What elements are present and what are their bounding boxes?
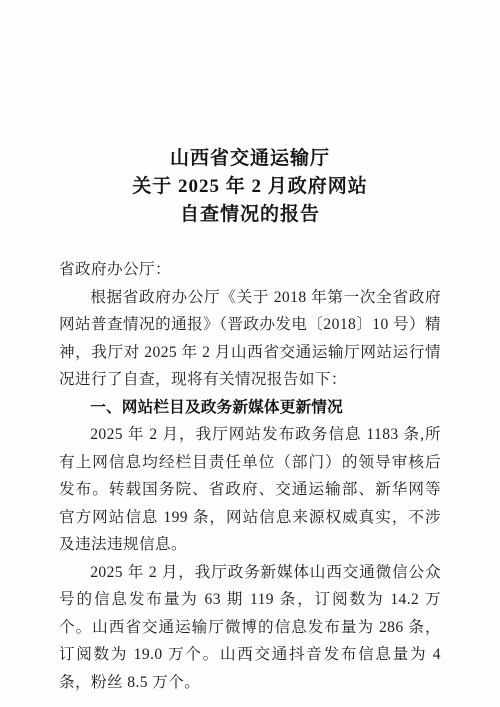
- title-line-3: 自查情况的报告: [0, 201, 500, 229]
- section-heading-1: 一、网站栏目及政务新媒体更新情况: [59, 394, 441, 422]
- title-line-2: 关于 2025 年 2 月政府网站: [0, 173, 500, 201]
- paragraph-basis: 根据省政府办公厅《关于 2018 年第一次全省政府网站普查情况的通报》（晋政办发…: [59, 284, 441, 394]
- page-number: 1: [0, 652, 500, 664]
- paragraph-new-media: 2025 年 2 月，我厅政务新媒体山西交通微信公众号的信息发布量为 63 期 …: [59, 559, 441, 697]
- paragraph-website-updates: 2025 年 2 月，我厅网站发布政务信息 1183 条,所有上网信息均经栏目责…: [59, 421, 441, 559]
- salutation: 省政府办公厅：: [59, 256, 441, 284]
- document-title: 山西省交通运输厅 关于 2025 年 2 月政府网站 自查情况的报告: [0, 145, 500, 229]
- title-line-1: 山西省交通运输厅: [0, 145, 500, 173]
- document-body: 省政府办公厅： 根据省政府办公厅《关于 2018 年第一次全省政府网站普查情况的…: [59, 256, 441, 696]
- document-page: 山西省交通运输厅 关于 2025 年 2 月政府网站 自查情况的报告 省政府办公…: [0, 0, 500, 707]
